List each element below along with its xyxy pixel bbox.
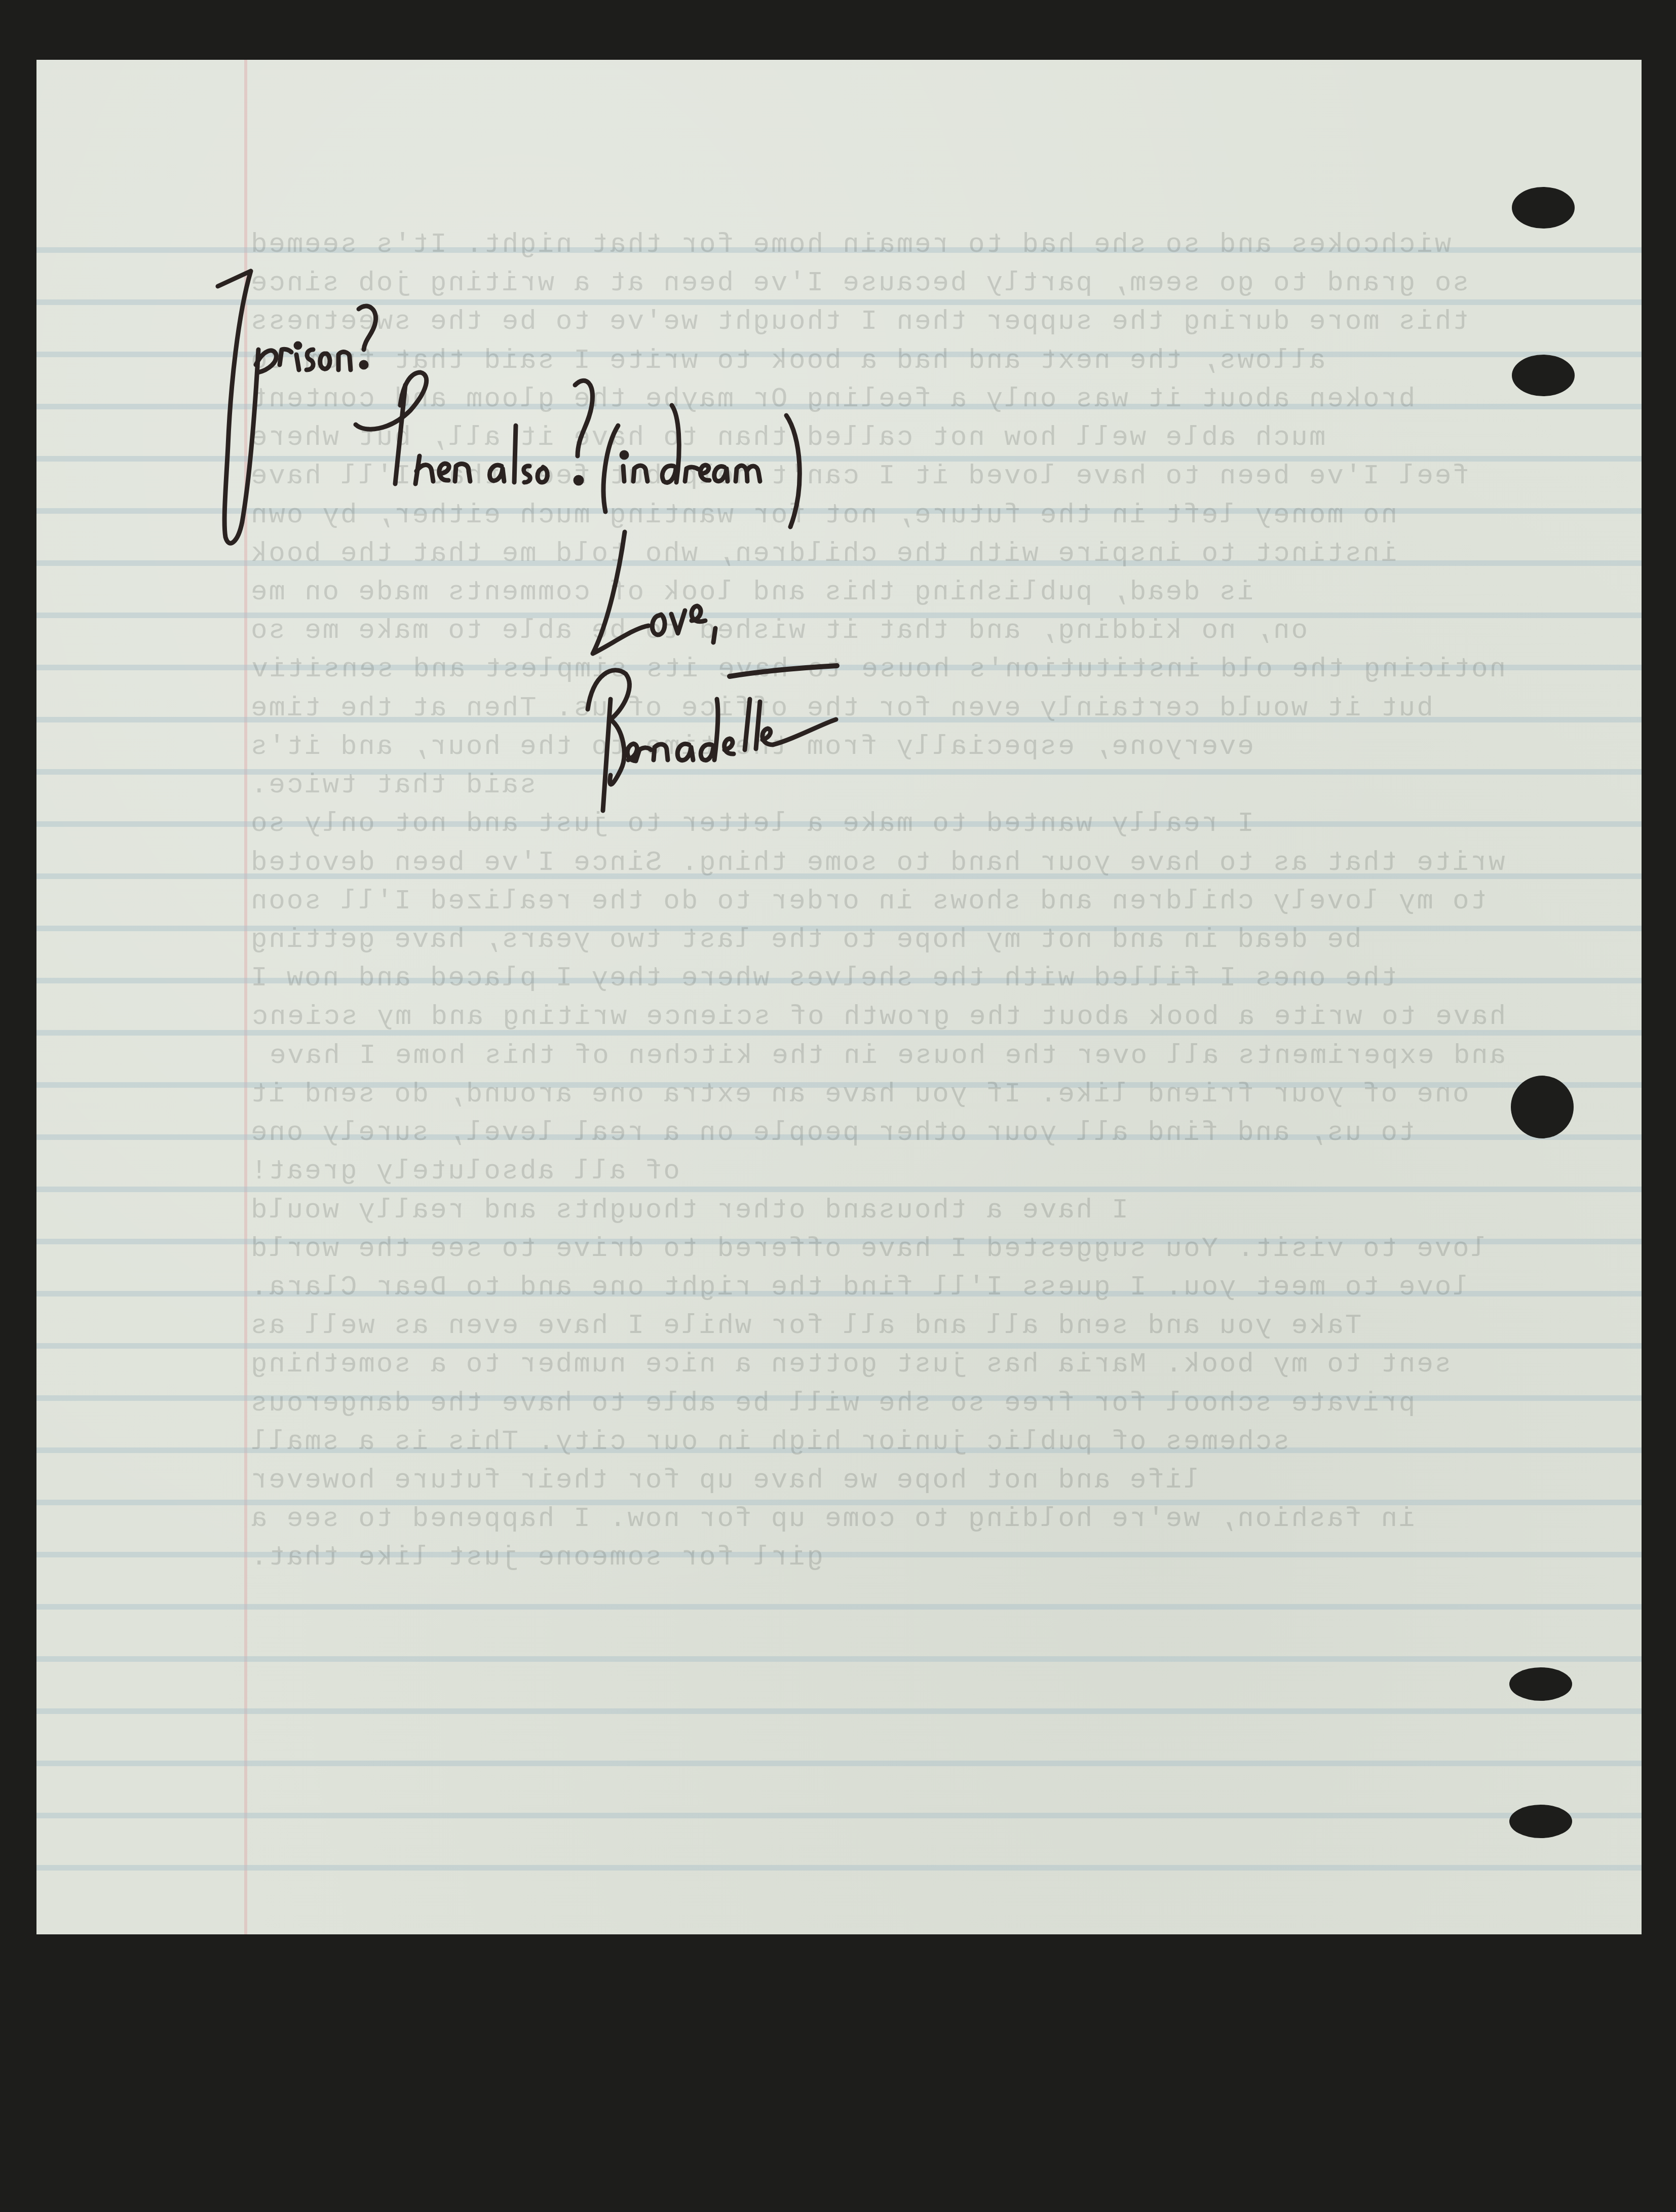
signature-text: Bernadette	[585, 664, 586, 664]
annotation-prison-text: prison?	[218, 284, 218, 284]
annotation-then-also: Then also? (in dream)	[355, 370, 811, 532]
closing-salutation-text: Love,	[590, 529, 591, 530]
signature: Bernadette	[585, 664, 844, 816]
annotation-then-also-text: Then also? (in dream)	[355, 370, 355, 370]
closing-salutation: Love,	[590, 529, 722, 651]
